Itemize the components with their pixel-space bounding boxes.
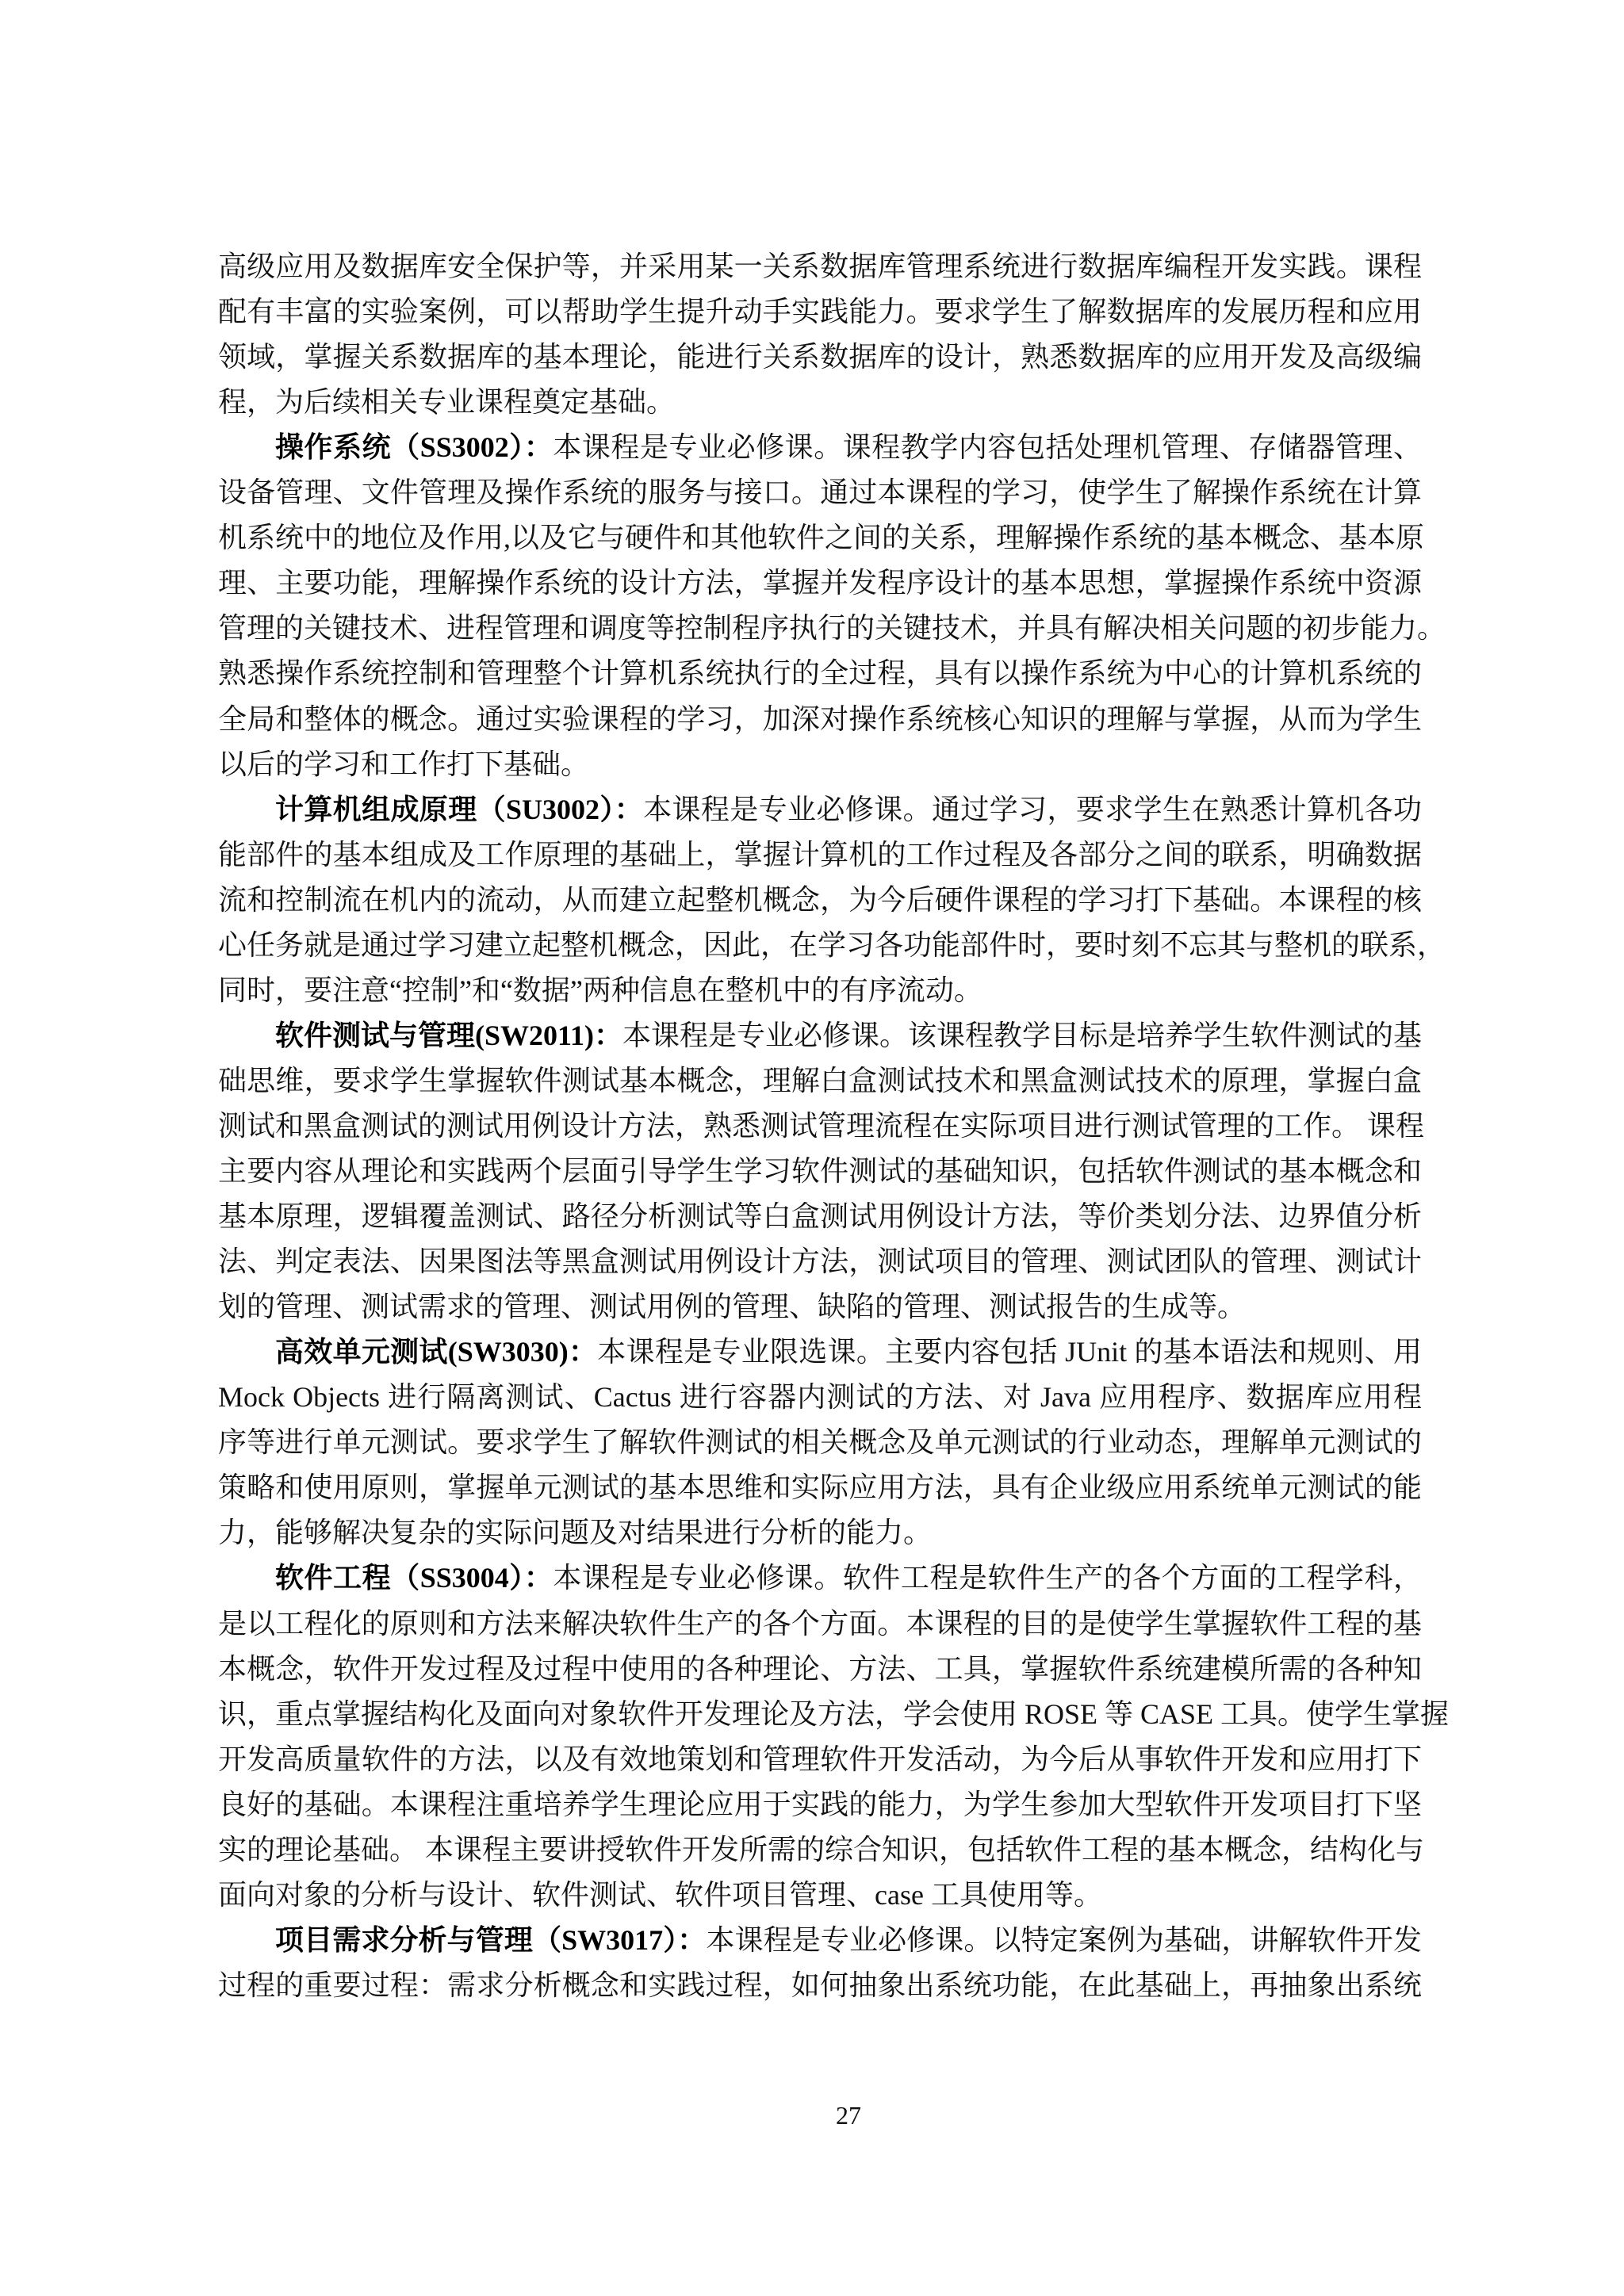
line-text: 识，重点掌握结构化及面向对象软件开发理论及方法，学会使用 ROSE 等 CASE… [218, 1698, 1449, 1730]
line-text: 程，为后续相关专业课程奠定基础。 [218, 386, 675, 418]
line-text: 实的理论基础。 本课程主要讲授软件开发所需的综合知识，包括软件工程的基本概念，结… [218, 1834, 1424, 1865]
paragraph-line: 力，能够解决复杂的实际问题及对结果进行分析的能力。 [218, 1510, 1422, 1556]
paragraph-line: 划的管理、测试需求的管理、测试用例的管理、缺陷的管理、测试报告的生成等。 [218, 1284, 1422, 1330]
line-text: 良好的基础。本课程注重培养学生理论应用于实践的能力，为学生参加大型软件开发项目打… [218, 1789, 1422, 1820]
paragraph-line: 识，重点掌握结构化及面向对象软件开发理论及方法，学会使用 ROSE 等 CASE… [218, 1692, 1422, 1737]
paragraph-line: 高级应用及数据库安全保护等，并采用某一关系数据库管理系统进行数据库编程开发实践。… [218, 244, 1422, 289]
paragraph-line: 熟悉操作系统控制和管理整个计算机系统执行的全过程，具有以操作系统为中心的计算机系… [218, 651, 1422, 696]
paragraph-line: 程，为后续相关专业课程奠定基础。 [218, 380, 1422, 425]
paragraph-line: 测试和黑盒测试的测试用例设计方法，熟悉测试管理流程在实际项目进行测试管理的工作。… [218, 1104, 1422, 1149]
line-text: 础思维，要求学生掌握软件测试基本概念，理解白盒测试技术和黑盒测试技术的原理，掌握… [218, 1065, 1422, 1096]
line-text: 流和控制流在机内的流动，从而建立起整机概念，为今后硬件课程的学习打下基础。本课程… [218, 884, 1422, 916]
paragraph-line: 础思维，要求学生掌握软件测试基本概念，理解白盒测试技术和黑盒测试技术的原理，掌握… [218, 1058, 1422, 1104]
line-text: 策略和使用原则，掌握单元测试的基本思维和实际应用方法，具有企业级应用系统单元测试… [218, 1471, 1422, 1503]
paragraph-line: 面向对象的分析与设计、软件测试、软件项目管理、case 工具使用等。 [218, 1873, 1422, 1918]
line-text: 基本原理，逻辑覆盖测试、路径分析测试等白盒测试用例设计方法，等价类划分法、边界值… [218, 1200, 1422, 1232]
line-text: 本课程是专业必修课。通过学习，要求学生在熟悉计算机各功 [643, 794, 1422, 825]
paragraph-first-line: 计算机组成原理（SU3002）：本课程是专业必修课。通过学习，要求学生在熟悉计算… [218, 787, 1422, 832]
page-number: 27 [825, 2099, 872, 2131]
paragraph-line: 法、判定表法、因果图法等黑盒测试用例设计方法，测试项目的管理、测试团队的管理、测… [218, 1239, 1422, 1284]
paragraph-line: 能部件的基本组成及工作原理的基础上，掌握计算机的工作过程及各部分之间的联系，明确… [218, 832, 1422, 878]
line-text: 本课程是专业必修课。课程教学内容包括处理机管理、存储器管理、 [553, 431, 1422, 463]
course-title: 计算机组成原理（SU3002）： [275, 794, 643, 825]
paragraph-line: 全局和整体的概念。通过实验课程的学习，加深对操作系统核心知识的理解与掌握，从而为… [218, 697, 1422, 742]
line-text: 本课程是专业必修课。以特定案例为基础，讲解软件开发 [706, 1924, 1422, 1956]
paragraph-line: 过程的重要过程：需求分析概念和实践过程，如何抽象出系统功能，在此基础上，再抽象出… [218, 1963, 1422, 2008]
course-title: 高效单元测试(SW3030)： [275, 1336, 597, 1368]
paragraph-first-line: 软件工程（SS3004）：本课程是专业必修课。软件工程是软件生产的各个方面的工程… [218, 1556, 1422, 1601]
course-title: 软件工程（SS3004）： [275, 1562, 553, 1594]
line-text: 高级应用及数据库安全保护等，并采用某一关系数据库管理系统进行数据库编程开发实践。… [218, 251, 1422, 282]
course-title: 操作系统（SS3002）： [275, 431, 553, 463]
course-title: 项目需求分析与管理（SW3017）： [275, 1924, 706, 1956]
line-text: 管理的关键技术、进程管理和调度等控制程序执行的关键技术，并具有解决相关问题的初步… [218, 612, 1446, 644]
paragraph-line: 管理的关键技术、进程管理和调度等控制程序执行的关键技术，并具有解决相关问题的初步… [218, 606, 1422, 651]
line-text: 本课程是专业必修课。该课程教学目标是培养学生软件测试的基 [622, 1020, 1422, 1051]
line-text: 全局和整体的概念。通过实验课程的学习，加深对操作系统核心知识的理解与掌握，从而为… [218, 703, 1422, 735]
paragraph-line: 实的理论基础。 本课程主要讲授软件开发所需的综合知识，包括软件工程的基本概念，结… [218, 1827, 1422, 1873]
paragraph-line: 序等进行单元测试。要求学生了解软件测试的相关概念及单元测试的行业动态，理解单元测… [218, 1420, 1422, 1465]
line-text: 本概念，软件开发过程及过程中使用的各种理论、方法、工具，掌握软件系统建模所需的各… [218, 1653, 1422, 1685]
line-text: 过程的重要过程：需求分析概念和实践过程，如何抽象出系统功能，在此基础上，再抽象出… [218, 1969, 1422, 2001]
line-text: 本课程是专业必修课。软件工程是软件生产的各个方面的工程学科， [553, 1562, 1422, 1594]
line-text: 理、主要功能，理解操作系统的设计方法，掌握并发程序设计的基本思想，掌握操作系统中… [218, 567, 1422, 599]
document-page: 高级应用及数据库安全保护等，并采用某一关系数据库管理系统进行数据库编程开发实践。… [0, 0, 1624, 2296]
line-text: 领域，掌握关系数据库的基本理论，能进行关系数据库的设计，熟悉数据库的应用开发及高… [218, 341, 1422, 373]
paragraph-line: 本概念，软件开发过程及过程中使用的各种理论、方法、工具，掌握软件系统建模所需的各… [218, 1647, 1422, 1692]
paragraph-first-line: 项目需求分析与管理（SW3017）：本课程是专业必修课。以特定案例为基础，讲解软… [218, 1918, 1422, 1963]
paragraph-line: Mock Objects 进行隔离测试、Cactus 进行容器内测试的方法、对 … [218, 1375, 1422, 1420]
line-text: 主要内容从理论和实践两个层面引导学生学习软件测试的基础知识，包括软件测试的基本概… [218, 1155, 1422, 1187]
line-text: 同时，要注意“控制”和“数据”两种信息在整机中的有序流动。 [218, 974, 982, 1006]
line-text: 心任务就是通过学习建立起整机概念，因此，在学习各功能部件时，要时刻不忘其与整机的… [218, 929, 1446, 961]
paragraph-line: 开发高质量软件的方法，以及有效地策划和管理软件开发活动，为今后从事软件开发和应用… [218, 1737, 1422, 1782]
paragraph-line: 基本原理，逻辑覆盖测试、路径分析测试等白盒测试用例设计方法，等价类划分法、边界值… [218, 1194, 1422, 1239]
line-text: 面向对象的分析与设计、软件测试、软件项目管理、case 工具使用等。 [218, 1879, 1102, 1911]
line-text: 序等进行单元测试。要求学生了解软件测试的相关概念及单元测试的行业动态，理解单元测… [218, 1426, 1422, 1458]
paragraph-line: 以后的学习和工作打下基础。 [218, 742, 1422, 787]
course-title: 软件测试与管理(SW2011)： [275, 1020, 622, 1051]
paragraph-line: 领域，掌握关系数据库的基本理论，能进行关系数据库的设计，熟悉数据库的应用开发及高… [218, 335, 1422, 380]
paragraph-line: 配有丰富的实验案例，可以帮助学生提升动手实践能力。要求学生了解数据库的发展历程和… [218, 289, 1422, 335]
line-text: 熟悉操作系统控制和管理整个计算机系统执行的全过程，具有以操作系统为中心的计算机系… [218, 657, 1422, 689]
paragraph-line: 是以工程化的原则和方法来解决软件生产的各个方面。本课程的目的是使学生掌握软件工程… [218, 1601, 1422, 1647]
line-text: 力，能够解决复杂的实际问题及对结果进行分析的能力。 [218, 1517, 932, 1548]
line-text: 设备管理、文件管理及操作系统的服务与接口。通过本课程的学习，使学生了解操作系统在… [218, 476, 1422, 508]
line-text: 测试和黑盒测试的测试用例设计方法，熟悉测试管理流程在实际项目进行测试管理的工作。… [218, 1110, 1424, 1142]
paragraph-line: 心任务就是通过学习建立起整机概念，因此，在学习各功能部件时，要时刻不忘其与整机的… [218, 923, 1422, 968]
paragraph-first-line: 高效单元测试(SW3030)：本课程是专业限选课。主要内容包括 JUnit 的基… [218, 1330, 1422, 1375]
paragraph-first-line: 软件测试与管理(SW2011)：本课程是专业必修课。该课程教学目标是培养学生软件… [218, 1013, 1422, 1058]
line-text: 开发高质量软件的方法，以及有效地策划和管理软件开发活动，为今后从事软件开发和应用… [218, 1743, 1422, 1775]
paragraph-line: 流和控制流在机内的流动，从而建立起整机概念，为今后硬件课程的学习打下基础。本课程… [218, 878, 1422, 923]
line-text: 机系统中的地位及作用,以及它与硬件和其他软件之间的关系，理解操作系统的基本概念、… [218, 522, 1424, 553]
paragraph-line: 设备管理、文件管理及操作系统的服务与接口。通过本课程的学习，使学生了解操作系统在… [218, 470, 1422, 515]
paragraph-line: 主要内容从理论和实践两个层面引导学生学习软件测试的基础知识，包括软件测试的基本概… [218, 1149, 1422, 1194]
line-text: 是以工程化的原则和方法来解决软件生产的各个方面。本课程的目的是使学生掌握软件工程… [218, 1608, 1422, 1640]
line-text: 划的管理、测试需求的管理、测试用例的管理、缺陷的管理、测试报告的生成等。 [218, 1291, 1246, 1322]
paragraph-line: 良好的基础。本课程注重培养学生理论应用于实践的能力，为学生参加大型软件开发项目打… [218, 1782, 1422, 1827]
paragraph-line: 机系统中的地位及作用,以及它与硬件和其他软件之间的关系，理解操作系统的基本概念、… [218, 515, 1422, 561]
line-text: 以后的学习和工作打下基础。 [218, 748, 589, 780]
line-text: Mock Objects 进行隔离测试、Cactus 进行容器内测试的方法、对 … [218, 1381, 1422, 1413]
paragraph-line: 策略和使用原则，掌握单元测试的基本思维和实际应用方法，具有企业级应用系统单元测试… [218, 1465, 1422, 1510]
paragraph-line: 理、主要功能，理解操作系统的设计方法，掌握并发程序设计的基本思想，掌握操作系统中… [218, 561, 1422, 606]
line-text: 法、判定表法、因果图法等黑盒测试用例设计方法，测试项目的管理、测试团队的管理、测… [218, 1246, 1422, 1277]
line-text: 能部件的基本组成及工作原理的基础上，掌握计算机的工作过程及各部分之间的联系，明确… [218, 839, 1422, 871]
paragraph-first-line: 操作系统（SS3002）：本课程是专业必修课。课程教学内容包括处理机管理、存储器… [218, 425, 1422, 470]
paragraph-line: 同时，要注意“控制”和“数据”两种信息在整机中的有序流动。 [218, 968, 1422, 1013]
line-text: 本课程是专业限选课。主要内容包括 JUnit 的基本语法和规则、用 [597, 1336, 1422, 1368]
line-text: 配有丰富的实验案例，可以帮助学生提升动手实践能力。要求学生了解数据库的发展历程和… [218, 296, 1422, 327]
